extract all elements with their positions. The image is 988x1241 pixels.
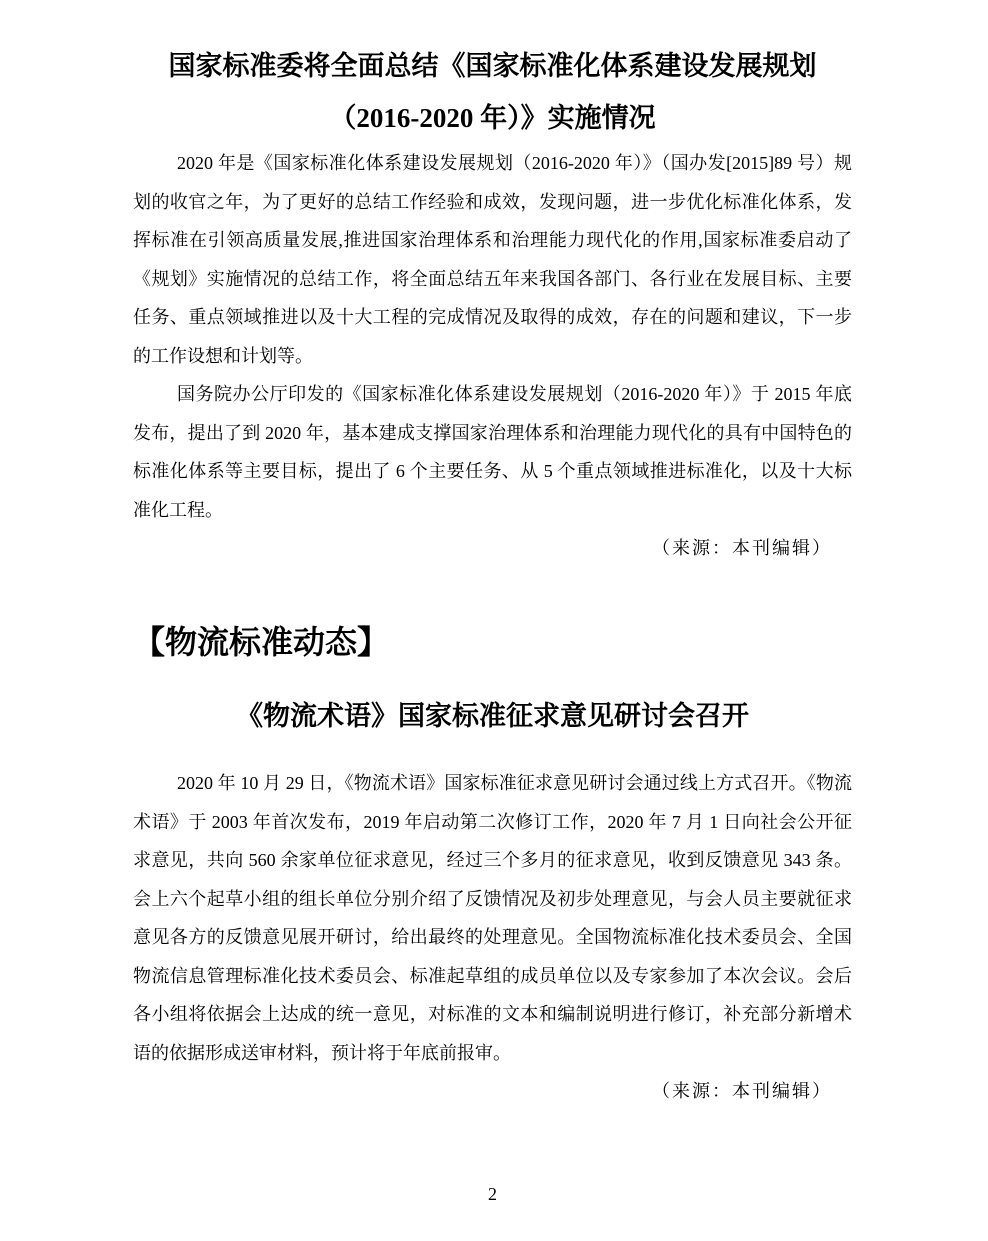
- article1-paragraph-2: 国务院办公厅印发的《国家标准化体系建设发展规划（2016-2020 年）》于 2…: [133, 375, 852, 529]
- page-number: 2: [133, 1182, 852, 1206]
- article2-paragraph-1: 2020 年 10 月 29 日，《物流术语》国家标准征求意见研讨会通过线上方式…: [133, 764, 852, 1072]
- document-page: 国家标准委将全面总结《国家标准化体系建设发展规划 （2016-2020 年）》实…: [0, 0, 988, 1241]
- document-content: 国家标准委将全面总结《国家标准化体系建设发展规划 （2016-2020 年）》实…: [133, 0, 852, 1110]
- article2-title: 《物流术语》国家标准征求意见研讨会召开: [133, 696, 852, 736]
- article1-paragraph-1: 2020 年是《国家标准化体系建设发展规划（2016-2020 年）》（国办发[…: [133, 144, 852, 375]
- article1-title-line-2: （2016-2020 年）》实施情况: [329, 103, 655, 133]
- article1-source-line: （来源：本刊编辑）: [133, 529, 852, 567]
- article2-source-line: （来源：本刊编辑）: [133, 1072, 852, 1110]
- section-heading-logistics-standard-news: 【物流标准动态】: [133, 622, 852, 662]
- article1-title: 国家标准委将全面总结《国家标准化体系建设发展规划 （2016-2020 年）》实…: [133, 40, 852, 144]
- article1-title-line-1: 国家标准委将全面总结《国家标准化体系建设发展规划: [169, 51, 817, 81]
